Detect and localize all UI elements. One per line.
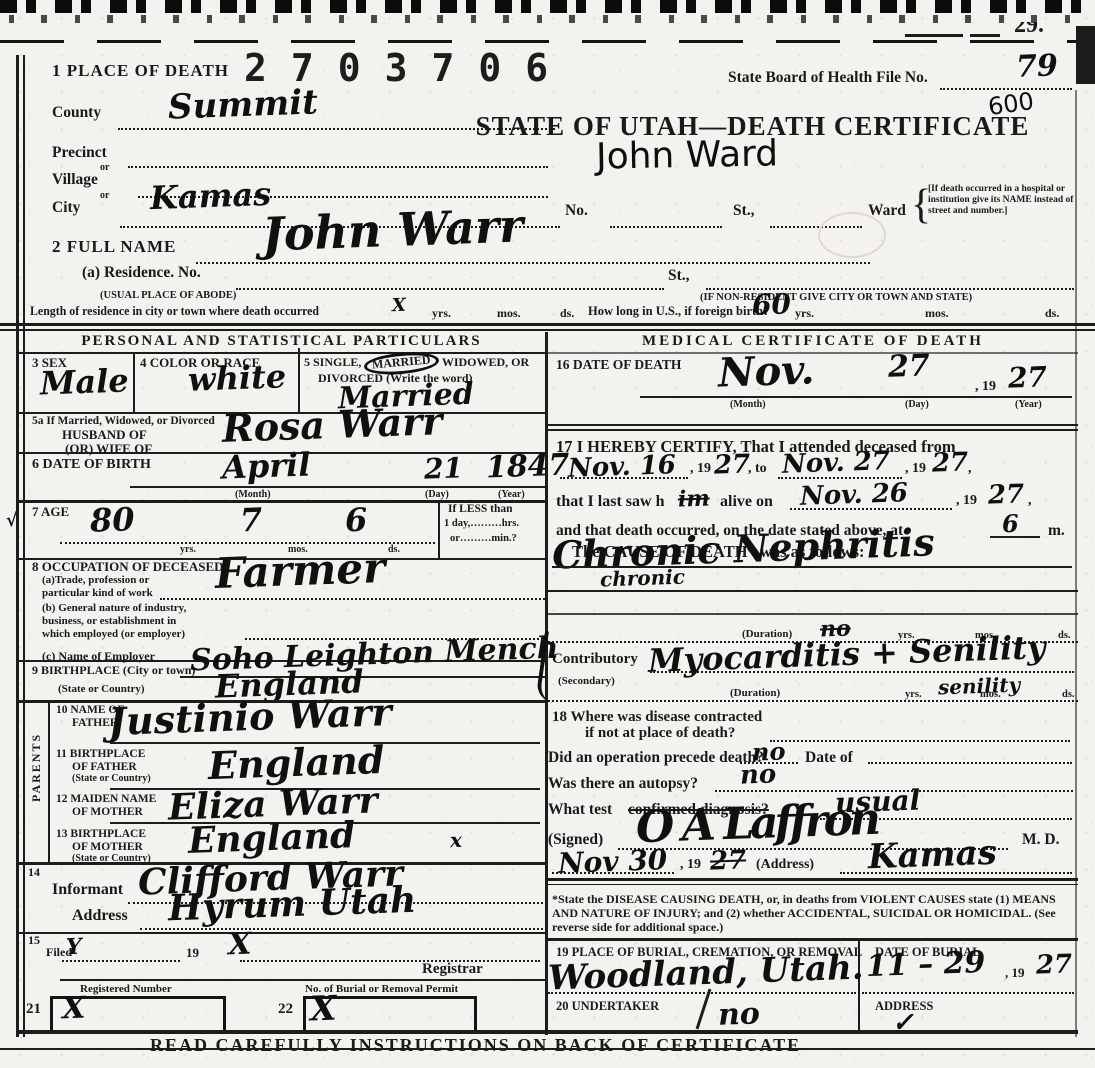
age-yrs-cap: yrs. (180, 545, 196, 556)
test-question-pre: What test (548, 802, 612, 818)
duration-ds-1: ds. (1058, 630, 1071, 641)
undertaker-slash-mark (696, 989, 712, 1030)
filed-line-1 (62, 960, 180, 962)
death-hour-value: 6 (1002, 512, 1020, 537)
attended-from-year: 27 (714, 451, 751, 478)
q18-line-1: 18 Where was disease contracted (552, 710, 762, 726)
duration-label-2: (Duration) (730, 688, 780, 700)
read-instructions-banner: READ CAREFULLY INSTRUCTIONS ON BACK OF C… (150, 1036, 801, 1055)
city-no-label: No. (565, 203, 588, 219)
cause-of-death-value-2: chronic (600, 567, 686, 590)
lastsaw-pre: that I last saw h (556, 494, 664, 511)
box22-value: X (309, 992, 337, 1027)
lastsaw-post: alive on (720, 494, 773, 511)
or-word-1: or (100, 163, 109, 174)
scan-stray-line-2 (970, 34, 1000, 37)
sign-19-label: , 19 (680, 858, 701, 873)
parents-vertical-label: PARENTS (30, 733, 43, 802)
border-left-inner (23, 55, 25, 1037)
informant-number: 14 (28, 866, 40, 879)
dob-label: 6 DATE OF BIRTH (32, 458, 151, 473)
spouse-label-2: HUSBAND OF (62, 428, 147, 442)
autopsy-question: Was there an autopsy? (548, 776, 698, 792)
undertaker-value: no (717, 999, 760, 1030)
operation-date-line (868, 762, 1072, 764)
scan-stray-line-1 (905, 34, 963, 37)
attended-from-19: , 19 (690, 462, 711, 477)
lastsaw-date: Nov. 26 (800, 480, 909, 510)
death-hour-line (990, 536, 1040, 538)
date-of-death-day: 27 (887, 351, 930, 382)
age-less-label-3: or………min.? (450, 533, 517, 544)
sign-rule-1 (548, 878, 1078, 881)
personal-section-title: PERSONAL AND STATISTICAL PARTICULARS (18, 334, 545, 350)
birthplace-label: 9 BIRTHPLACE (City or town) (32, 664, 195, 677)
file-no-value: 79 (1015, 51, 1058, 82)
age-months-value: 7 (239, 504, 262, 537)
sign-year-value: 27 (710, 847, 747, 874)
informant-address-label: Address (72, 908, 128, 925)
contributory-label: Contributory (552, 652, 638, 668)
scan-corner-bar (1076, 26, 1095, 84)
occupation-b3: which employed (or employer) (42, 629, 185, 641)
age-ds-cap: ds. (388, 545, 400, 556)
burial-place-line (548, 992, 856, 994)
mother-label-1: 12 MAIDEN NAME (56, 793, 156, 805)
dod-day-cap: (Day) (905, 400, 929, 411)
sign-date-line (552, 872, 674, 874)
date-of-death-label: 16 DATE OF DEATH (556, 358, 681, 372)
box21-value: X (61, 994, 85, 1025)
city-st-label: St., (733, 203, 755, 219)
length-ds-label: ds. (560, 307, 574, 320)
mother-label-2: OF MOTHER (72, 806, 143, 818)
operation-question: Did an operation precede death? (548, 750, 764, 766)
dob-day-value: 21 (424, 454, 464, 483)
certify-comma-2: , (1028, 494, 1032, 509)
occupation-b2: business, or establishment in (42, 616, 176, 628)
age-cell-divider (438, 503, 440, 558)
city-label: City (52, 200, 80, 216)
mother-bp-value: England (187, 817, 355, 859)
full-name-value: John Warr (261, 202, 524, 257)
md-label: M. D. (1022, 832, 1059, 848)
registered-number-label: Registered Number (80, 984, 172, 996)
box22-number: 22 (278, 1002, 293, 1018)
filed-number: 15 (28, 934, 40, 947)
dod-month-cap: (Month) (730, 400, 766, 411)
attended-to-value: Nov. 27 (782, 448, 891, 478)
registrar-label: Registrar (422, 962, 483, 978)
father-bp-label-1: 11 BIRTHPLACE (56, 748, 145, 760)
dod-rule-2 (548, 429, 1078, 431)
father-bp-label-3: (State or Country) (72, 774, 151, 785)
mother-bp-label-2: OF MOTHER (72, 841, 143, 853)
undertaker-label: 20 UNDERTAKER (556, 1000, 659, 1013)
burial-place-value: Woodland, Utah. (548, 951, 865, 996)
date-of-death-line (640, 396, 1072, 398)
city-no-line (610, 226, 722, 228)
spouse-label-1: 5a If Married, Widowed, or Divorced (32, 415, 215, 427)
informant-label: Informant (52, 882, 123, 899)
section-rule-2 (0, 329, 1095, 331)
attended-from-line (560, 477, 688, 479)
scan-noise-strip-top (0, 0, 1095, 13)
cause-line-2 (548, 590, 1078, 592)
row-rule-informant (18, 932, 545, 934)
sex-value: Male (39, 364, 129, 399)
length-mos-label: mos. (497, 307, 521, 320)
full-name-label: 2 FULL NAME (52, 238, 176, 256)
filed-value-1: Y (66, 936, 82, 959)
occupation-a2: particular kind of work (42, 588, 153, 600)
box21-number: 21 (26, 1002, 41, 1018)
scan-broken-topline (0, 40, 1095, 43)
residence-st-label: St., (668, 268, 690, 284)
age-less-label-1: If LESS than (448, 503, 513, 515)
cause-footnote: *State the DISEASE CAUSING DEATH, or, in… (552, 892, 1076, 934)
mother-bp-label-1: 13 BIRTHPLACE (56, 828, 146, 840)
age-checkmark: √ (6, 512, 18, 530)
father-bp-value: England (207, 741, 385, 785)
lastsaw-year: 27 (988, 481, 1025, 508)
duration-mos-2: mos. (980, 689, 1001, 700)
dob-month-cap: (Month) (235, 490, 271, 501)
marital-label-part2: WIDOWED, (442, 355, 508, 369)
age-label: 7 AGE (32, 505, 69, 519)
county-value: Summit (167, 85, 318, 124)
county-label: County (52, 105, 101, 121)
occupation-a1: (a)Trade, profession or (42, 575, 149, 587)
age-years-value: 80 (89, 503, 135, 537)
bottom-rule (18, 1030, 1078, 1034)
scan-smudge (818, 212, 886, 258)
parents-bracket-line (48, 700, 50, 862)
residence-label: (a) Residence. No. (82, 265, 201, 281)
dob-year-cap: (Year) (498, 490, 525, 501)
birthplace-value: Soho Leighton Mench (190, 634, 559, 677)
spouse-value: Rosa Warr (221, 402, 442, 448)
registrar-rule (60, 979, 545, 981)
death-certificate-scan: 29. 1 PLACE OF DEATH 2703706 State Board… (0, 0, 1095, 1068)
dob-month-value: April (221, 448, 310, 483)
footnote-rule (548, 938, 1078, 941)
place-of-death-label: 1 PLACE OF DEATH (52, 62, 229, 80)
overwritten-number-600: 600 (987, 89, 1036, 119)
occupation-value: Farmer (214, 547, 386, 595)
date-of-death-year: 27 (1008, 363, 1048, 392)
attended-to-19: , 19 (905, 462, 926, 477)
burial-19-label: , 19 (1005, 966, 1025, 980)
father-name-value: Justinio Warr (107, 693, 392, 741)
how-long-us-label: How long in U.S., if foreign birth? (588, 305, 769, 318)
file-no-label: State Board of Health File No. (728, 70, 928, 86)
race-value: white (187, 360, 286, 395)
full-name-line (196, 262, 870, 264)
autopsy-value: no (740, 761, 777, 788)
filed-line-2 (240, 960, 540, 962)
lastsaw-scribble: im (678, 487, 710, 510)
occupation-a-line (160, 598, 545, 600)
lastsaw-19: , 19 (956, 494, 977, 509)
cause-line-3 (548, 613, 1078, 615)
death-m-label: m. (1048, 523, 1065, 539)
us-ds-label: ds. (1045, 307, 1059, 320)
contributory-sub-label: (Secondary) (558, 676, 615, 688)
residence-note: (USUAL PLACE OF ABODE) (100, 290, 236, 301)
operation-date-label: Date of (805, 750, 853, 766)
residence-line (236, 288, 664, 290)
filed-19-label: 19 (186, 946, 199, 960)
date-of-death-19: , 19 (975, 380, 996, 395)
length-residence-value: X (392, 297, 407, 315)
marital-label-part1: 5 SINGLE, (304, 355, 361, 369)
occupation-label: 8 OCCUPATION OF DECEASED (32, 560, 224, 574)
age-days-value: 6 (344, 504, 367, 537)
city-value: Kamas (149, 178, 271, 214)
duration-ds-2: ds. (1062, 689, 1075, 700)
dob-day-cap: (Day) (425, 490, 449, 501)
certify-comma-1: , (968, 462, 972, 477)
occupation-b1: (b) General nature of industry, (42, 603, 186, 615)
marital-label-part3: OR (511, 355, 529, 369)
birthplace-state-label: (State or Country) (58, 684, 145, 696)
section-rule-1 (0, 323, 1095, 326)
how-long-us-value: 60 (752, 290, 792, 319)
burial-year-value: 27 (1036, 951, 1073, 978)
or-word-2: or (100, 191, 109, 202)
age-less-label-2: 1 day,………hrs. (444, 518, 519, 529)
attended-to-word: , to (748, 462, 767, 477)
informant-address-line (140, 928, 543, 930)
length-residence-label: Length of residence in city or town wher… (30, 305, 319, 318)
cell-divider-sex-race (133, 354, 135, 412)
filed-value-2: X (227, 930, 251, 961)
village-label: Village (52, 172, 98, 188)
border-left-outer (16, 55, 19, 1037)
informant-address-value: Hyrum Utah (167, 882, 416, 927)
burial-date-line (862, 992, 1074, 994)
us-yrs-label: yrs. (795, 307, 814, 320)
date-of-death-month: Nov. (717, 350, 815, 393)
scan-noise-strip-2 (0, 15, 1095, 23)
q18-line (770, 740, 1070, 742)
burial-date-value: 11 – 29 (866, 948, 986, 982)
precinct-label: Precinct (52, 145, 107, 161)
physician-signature: O A Laffron (635, 798, 877, 850)
duration-yrs-2: yrs. (905, 689, 922, 700)
dob-line (130, 486, 545, 488)
sign-address-label: (Address) (756, 858, 814, 873)
lastsaw-line (790, 508, 952, 510)
sign-address-value: Kamas (867, 836, 997, 874)
us-mos-label: mos. (925, 307, 949, 320)
precinct-line (128, 166, 548, 168)
dod-rule-1 (548, 424, 1078, 426)
father-bp-label-2: OF FATHER (72, 761, 137, 773)
dod-year-cap: (Year) (1015, 400, 1042, 411)
attended-to-year: 27 (932, 449, 969, 476)
nonresident-note: (IF NON-RESIDENT GIVE CITY OR TOWN AND S… (700, 292, 972, 303)
sign-rule-2 (548, 884, 1078, 885)
handwritten-name-note: John Ward (596, 136, 779, 175)
length-yrs-label: yrs. (432, 307, 451, 320)
q18-line-2: if not at place of death? (585, 726, 735, 742)
duration-line-2 (548, 700, 1078, 702)
stray-page-mark: 29. (1014, 22, 1074, 40)
mother-bp-stray-x: x (450, 830, 463, 850)
ward-hospital-note: [If death occurred in a hospital or inst… (928, 184, 1078, 217)
